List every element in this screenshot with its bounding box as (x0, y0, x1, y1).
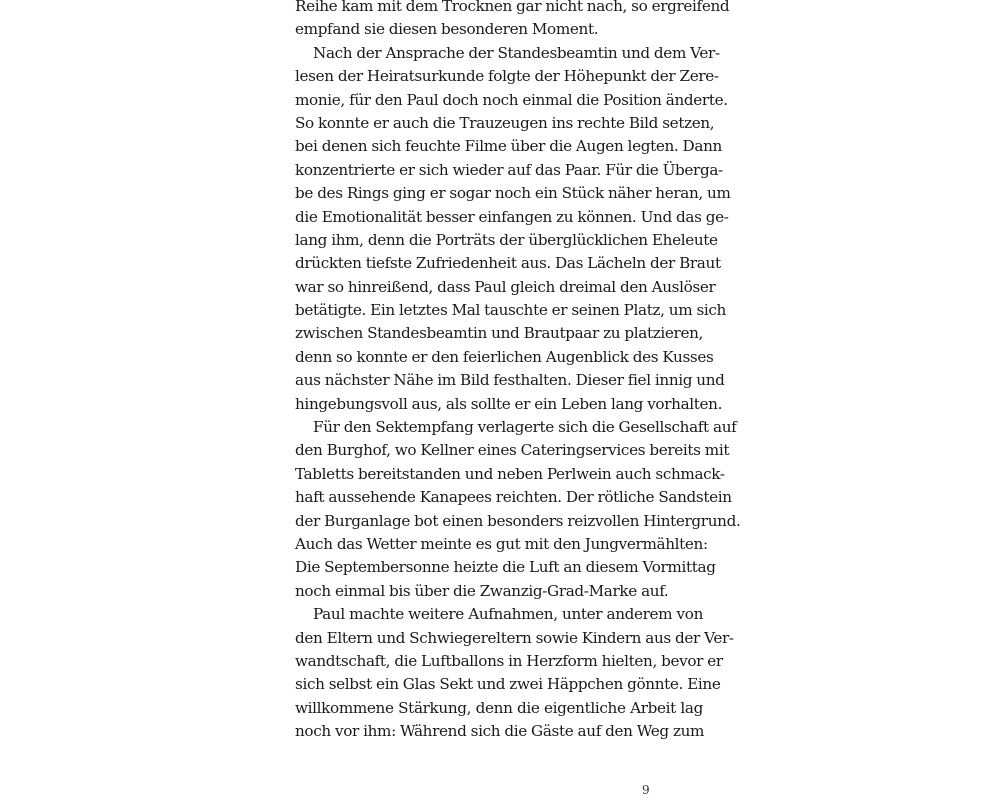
paragraph-1: Reihe kam mit dem Trocknen gar nicht nac… (295, 0, 703, 42)
text-line: Auch das Wetter meinte es gut mit den Ju… (295, 533, 703, 556)
text-line: Tabletts bereitstanden und neben Perlwei… (295, 463, 703, 486)
text-line: den Eltern und Schwiegereltern sowie Kin… (295, 627, 703, 650)
text-line: empfand sie diesen besonderen Moment. (295, 18, 703, 41)
body-text: Reihe kam mit dem Trocknen gar nicht nac… (295, 0, 703, 744)
paragraph-4: Paul machte weitere Aufnahmen, unter and… (295, 603, 703, 743)
text-line: den Burghof, wo Kellner eines Cateringse… (295, 439, 703, 462)
paragraph-3: Für den Sektempfang verlagerte sich die … (295, 416, 703, 603)
text-line: wandtschaft, die Luftballons in Herzform… (295, 650, 703, 673)
paragraph-2: Nach der Ansprache der Standesbeamtin un… (295, 42, 703, 416)
text-line: monie, für den Paul doch noch einmal die… (295, 89, 703, 112)
text-line: die Emotionalität besser einfangen zu kö… (295, 206, 703, 229)
book-page: Reihe kam mit dem Trocknen gar nicht nac… (0, 0, 1000, 800)
text-line: haft aussehende Kanapees reichten. Der r… (295, 486, 703, 509)
text-line: betätigte. Ein letztes Mal tauschte er s… (295, 299, 703, 322)
text-line: Für den Sektempfang verlagerte sich die … (295, 416, 703, 439)
text-line: konzentrierte er sich wieder auf das Paa… (295, 159, 703, 182)
text-line: der Burganlage bot einen besonders reizv… (295, 510, 703, 533)
page-number: 9 (642, 783, 650, 797)
text-line: So konnte er auch die Trauzeugen ins rec… (295, 112, 703, 135)
text-line: denn so konnte er den feierlichen Augenb… (295, 346, 703, 369)
text-line: sich selbst ein Glas Sekt und zwei Häppc… (295, 673, 703, 696)
text-line: willkommene Stärkung, denn die eigentlic… (295, 697, 703, 720)
text-line: zwischen Standesbeamtin und Brautpaar zu… (295, 322, 703, 345)
text-line: be des Rings ging er sogar noch ein Stüc… (295, 182, 703, 205)
text-line: Reihe kam mit dem Trocknen gar nicht nac… (295, 0, 703, 18)
text-line: noch einmal bis über die Zwanzig-Grad-Ma… (295, 580, 703, 603)
text-line: Nach der Ansprache der Standesbeamtin un… (295, 42, 703, 65)
text-line: hingebungsvoll aus, als sollte er ein Le… (295, 393, 703, 416)
text-line: Paul machte weitere Aufnahmen, unter and… (295, 603, 703, 626)
text-line: drückten tiefste Zufriedenheit aus. Das … (295, 252, 703, 275)
text-line: Die Septembersonne heizte die Luft an di… (295, 556, 703, 579)
text-line: lesen der Heiratsurkunde folgte der Höhe… (295, 65, 703, 88)
text-line: aus nächster Nähe im Bild festhalten. Di… (295, 369, 703, 392)
text-line: bei denen sich feuchte Filme über die Au… (295, 135, 703, 158)
text-line: war so hinreißend, dass Paul gleich drei… (295, 276, 703, 299)
text-line: noch vor ihm: Während sich die Gäste auf… (295, 720, 703, 743)
text-line: lang ihm, denn die Porträts der überglüc… (295, 229, 703, 252)
